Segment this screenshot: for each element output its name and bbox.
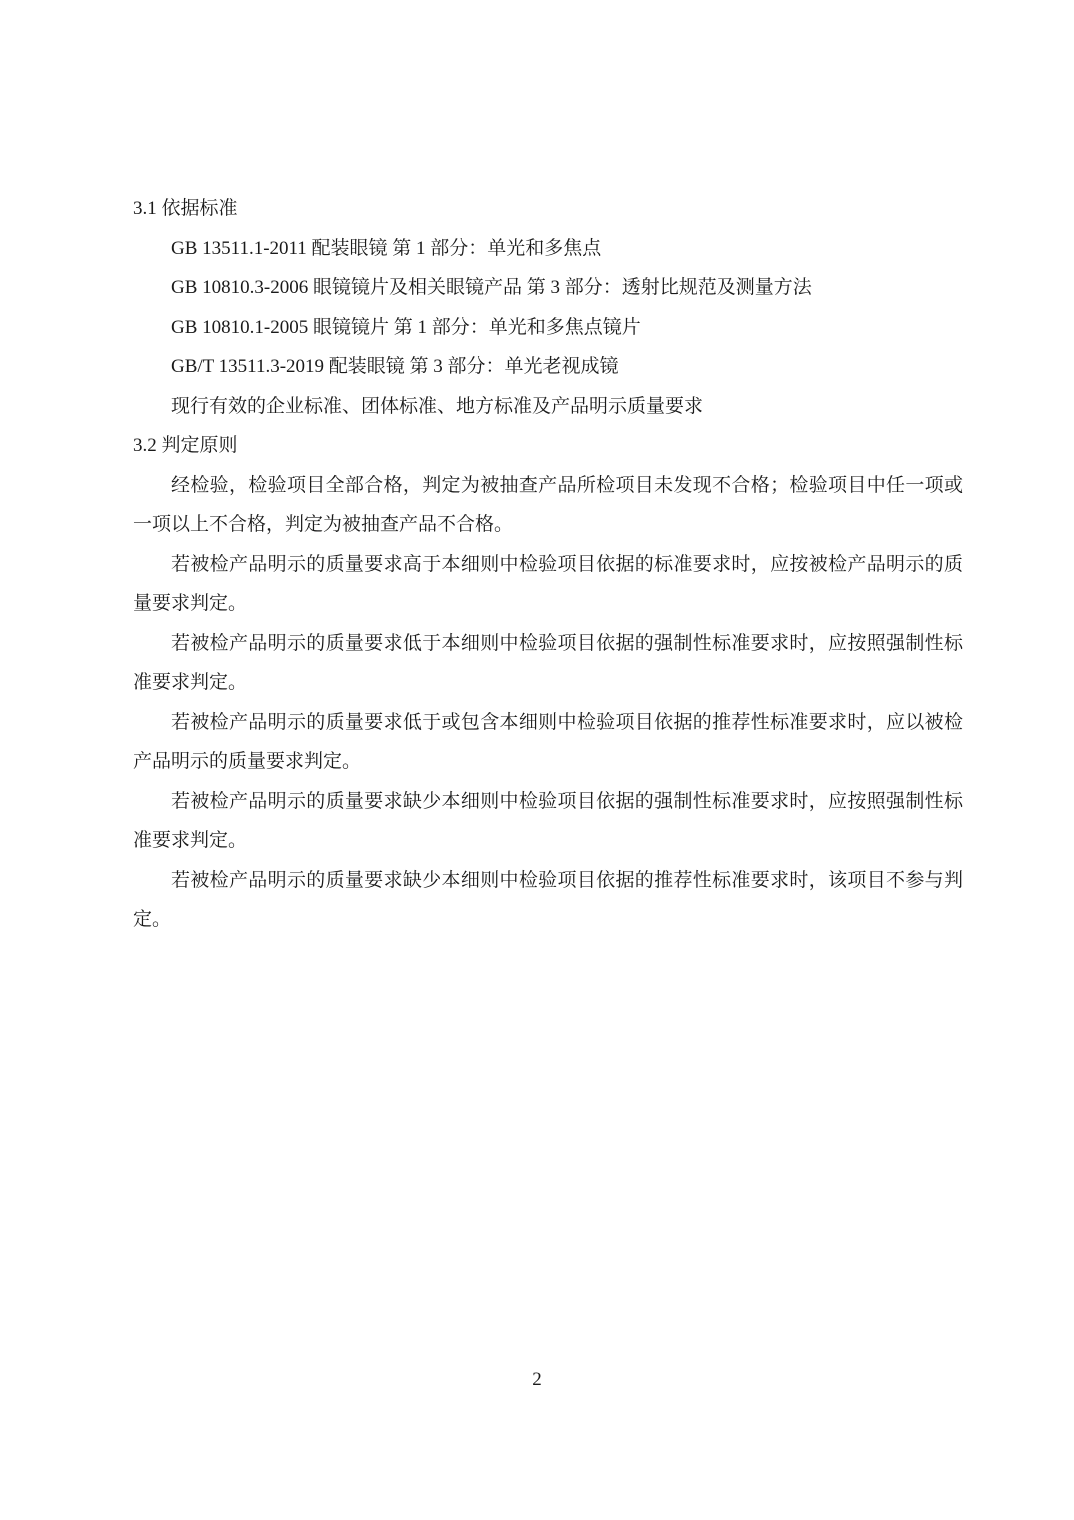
standard-reference-line: GB 10810.1-2005 眼镜镜片 第 1 部分：单光和多焦点镜片	[133, 308, 963, 348]
page-number: 2	[0, 1368, 1074, 1392]
document-page: 3.1 依据标准 GB 13511.1-2011 配装眼镜 第 1 部分：单光和…	[0, 0, 1074, 1520]
section-heading-3-1: 3.1 依据标准	[133, 189, 963, 229]
judgment-paragraph: 若被检产品明示的质量要求缺少本细则中检验项目依据的推荐性标准要求时，该项目不参与…	[133, 861, 963, 940]
standard-reference-line: GB 13511.1-2011 配装眼镜 第 1 部分：单光和多焦点	[133, 229, 963, 269]
judgment-paragraph: 经检验，检验项目全部合格，判定为被抽查产品所检项目未发现不合格；检验项目中任一项…	[133, 466, 963, 545]
section-heading-3-2: 3.2 判定原则	[133, 426, 963, 466]
judgment-paragraph: 若被检产品明示的质量要求高于本细则中检验项目依据的标准要求时，应按被检产品明示的…	[133, 545, 963, 624]
judgment-paragraph: 若被检产品明示的质量要求低于本细则中检验项目依据的强制性标准要求时，应按照强制性…	[133, 624, 963, 703]
document-body: 3.1 依据标准 GB 13511.1-2011 配装眼镜 第 1 部分：单光和…	[133, 189, 963, 940]
judgment-paragraph: 若被检产品明示的质量要求低于或包含本细则中检验项目依据的推荐性标准要求时，应以被…	[133, 703, 963, 782]
standard-reference-line: GB/T 13511.3-2019 配装眼镜 第 3 部分：单光老视成镜	[133, 347, 963, 387]
judgment-paragraph: 若被检产品明示的质量要求缺少本细则中检验项目依据的强制性标准要求时，应按照强制性…	[133, 782, 963, 861]
standard-reference-line: 现行有效的企业标准、团体标准、地方标准及产品明示质量要求	[133, 387, 963, 427]
standard-reference-line: GB 10810.3-2006 眼镜镜片及相关眼镜产品 第 3 部分：透射比规范…	[133, 268, 963, 308]
